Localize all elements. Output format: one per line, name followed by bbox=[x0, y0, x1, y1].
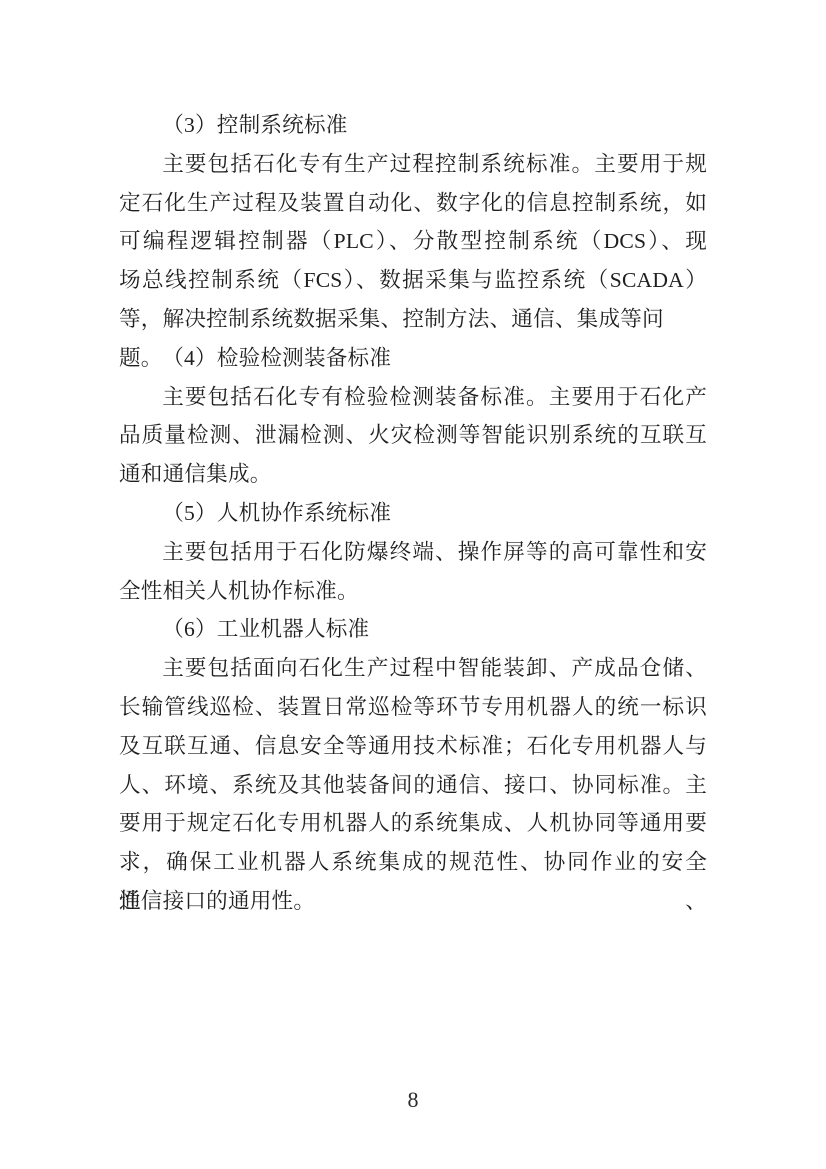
text-line: 人、环境、系统及其他装备间的通信、接口、协同标准。主 bbox=[119, 766, 707, 805]
document-page: （3）控制系统标准主要包括石化专有生产过程控制系统标准。主要用于规定石化生产过程… bbox=[0, 0, 826, 1169]
text-line: 主要包括石化专有生产过程控制系统标准。主要用于规 bbox=[119, 145, 707, 184]
text-line: 主要包括用于石化防爆终端、操作屏等的高可靠性和安 bbox=[119, 533, 707, 572]
text-line: 主要包括面向石化生产过程中智能装卸、产成品仓储、 bbox=[119, 649, 707, 688]
text-line: 主要包括石化专有检验检测装备标准。主要用于石化产 bbox=[119, 378, 707, 417]
text-line: 及互联互通、信息安全等通用技术标准；石化专用机器人与 bbox=[119, 727, 707, 766]
page-number: 8 bbox=[0, 1086, 826, 1114]
text-line: （6）工业机器人标准 bbox=[119, 610, 707, 649]
text-line: 求，确保工业机器人系统集成的规范性、协同作业的安全性、 bbox=[119, 843, 707, 882]
text-line: （3）控制系统标准 bbox=[119, 106, 707, 145]
text-line: 场总线控制系统（FCS）、数据采集与监控系统（SCADA） bbox=[119, 261, 707, 300]
document-body: （3）控制系统标准主要包括石化专有生产过程控制系统标准。主要用于规定石化生产过程… bbox=[119, 106, 707, 921]
text-line: 等，解决控制系统数据采集、控制方法、通信、集成等问题。 bbox=[119, 300, 707, 339]
text-line: （5）人机协作系统标准 bbox=[119, 494, 707, 533]
text-line: 长输管线巡检、装置日常巡检等环节专用机器人的统一标识 bbox=[119, 688, 707, 727]
text-line: 要用于规定石化专用机器人的系统集成、人机协同等通用要 bbox=[119, 804, 707, 843]
text-line: 可编程逻辑控制器（PLC）、分散型控制系统（DCS）、现 bbox=[119, 222, 707, 261]
text-line: 品质量检测、泄漏检测、火灾检测等智能识别系统的互联互 bbox=[119, 416, 707, 455]
text-line: 通和通信集成。 bbox=[119, 455, 707, 494]
text-line: 定石化生产过程及装置自动化、数字化的信息控制系统，如 bbox=[119, 184, 707, 223]
text-line: 全性相关人机协作标准。 bbox=[119, 572, 707, 611]
text-line: （4）检验检测装备标准 bbox=[119, 339, 707, 378]
